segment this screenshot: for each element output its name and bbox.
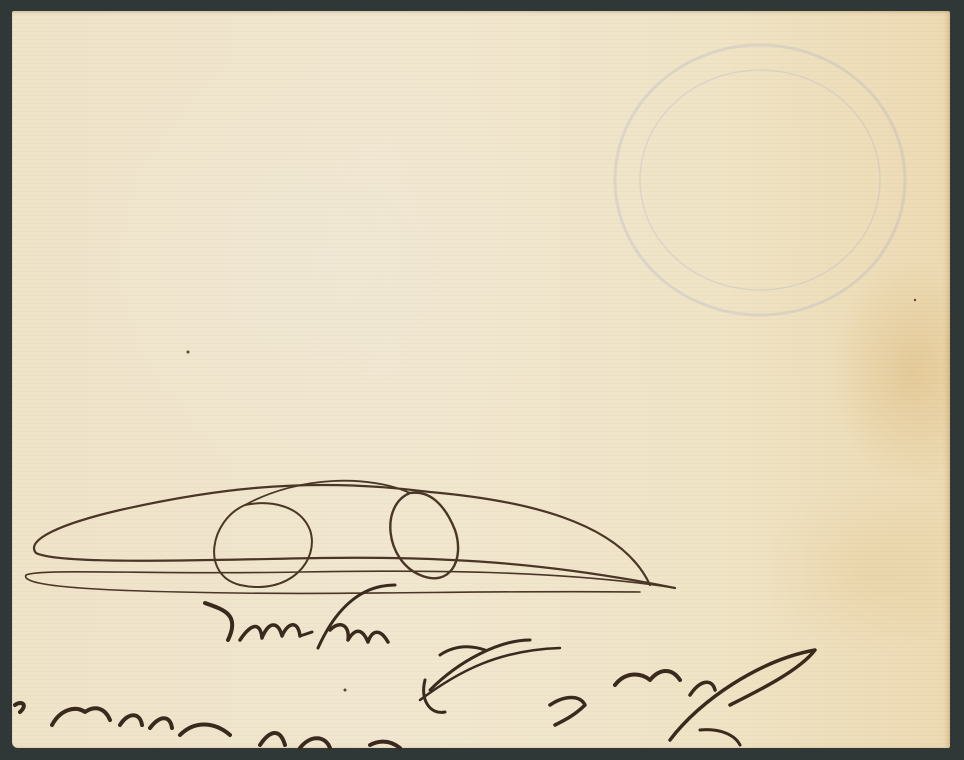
- signature: [205, 585, 585, 725]
- partial-line: [15, 703, 400, 748]
- ink-layer: [0, 0, 964, 760]
- stamp: [615, 45, 905, 315]
- paper-specks: [187, 299, 917, 692]
- paraph: [26, 481, 675, 594]
- signature-first-name: [615, 650, 815, 745]
